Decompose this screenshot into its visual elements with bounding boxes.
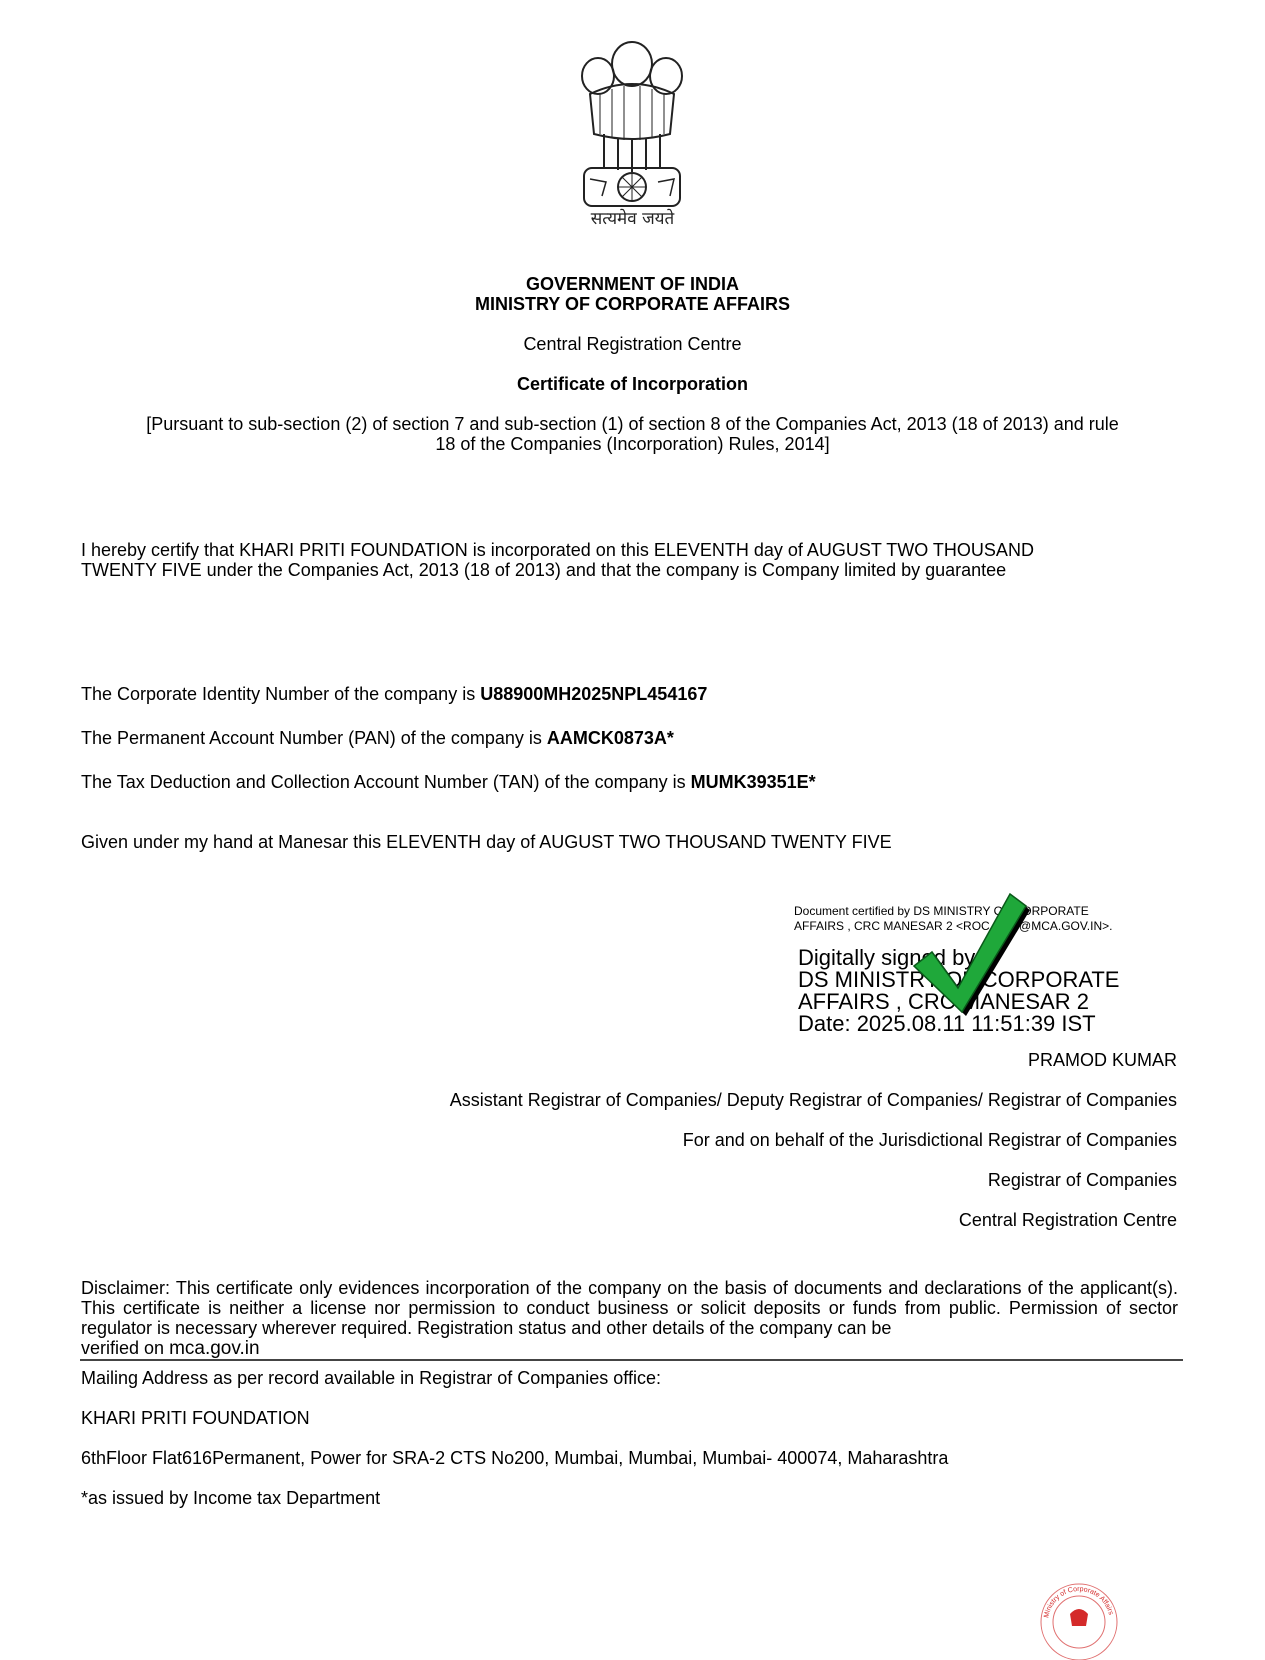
pursuant-line-1: [Pursuant to sub-section (2) of section …: [0, 414, 1265, 434]
pan-tan-footnote: *as issued by Income tax Department: [81, 1488, 1191, 1508]
certification-line-2: TWENTY FIVE under the Companies Act, 201…: [81, 560, 1191, 580]
emblem-motto: सत्यमेव जयते: [0, 206, 1265, 229]
header-centre: Central Registration Centre: [0, 334, 1265, 354]
signatory-office: Registrar of Companies: [988, 1170, 1177, 1191]
tan-label: The Tax Deduction and Collection Account…: [81, 772, 691, 792]
signatory-designation: Assistant Registrar of Companies/ Deputy…: [450, 1090, 1177, 1111]
signatory-behalf: For and on behalf of the Jurisdictional …: [683, 1130, 1177, 1151]
cin-statement: The Corporate Identity Number of the com…: [81, 684, 1191, 704]
verified-prefix: verified on: [81, 1338, 169, 1358]
signature-valid-check-icon[interactable]: [910, 888, 1030, 1018]
mailing-address: 6thFloor Flat616Permanent, Power for SRA…: [81, 1448, 1191, 1468]
pan-statement: The Permanent Account Number (PAN) of th…: [81, 728, 1191, 748]
certificate-title: Certificate of Incorporation: [0, 374, 1265, 394]
pan-value: AAMCK0873A*: [547, 728, 674, 748]
state-emblem-icon: [570, 34, 694, 228]
tan-value: MUMK39351E*: [691, 772, 816, 792]
header-ministry: MINISTRY OF CORPORATE AFFAIRS: [0, 294, 1265, 314]
header-government: GOVERNMENT OF INDIA: [0, 274, 1265, 294]
disclaimer: Disclaimer: This certificate only eviden…: [81, 1278, 1178, 1359]
cin-value: U88900MH2025NPL454167: [480, 684, 707, 704]
divider: [80, 1359, 1183, 1361]
mailing-company: KHARI PRITI FOUNDATION: [81, 1408, 1191, 1428]
pursuant-line-2: 18 of the Companies (Incorporation) Rule…: [0, 434, 1265, 454]
tan-statement: The Tax Deduction and Collection Account…: [81, 772, 1191, 792]
cin-label: The Corporate Identity Number of the com…: [81, 684, 480, 704]
mca-seal-icon: Ministry of Corporate Affairs: [1038, 1578, 1120, 1660]
mca-link[interactable]: mca.gov.in: [169, 1338, 259, 1359]
certification-line-1: I hereby certify that KHARI PRITI FOUNDA…: [81, 540, 1191, 560]
pan-label: The Permanent Account Number (PAN) of th…: [81, 728, 547, 748]
given-under-statement: Given under my hand at Manesar this ELEV…: [81, 832, 1191, 852]
signatory-name: PRAMOD KUMAR: [1028, 1050, 1177, 1071]
signatory-centre: Central Registration Centre: [959, 1210, 1177, 1231]
mailing-heading: Mailing Address as per record available …: [81, 1368, 1191, 1388]
disclaimer-text: Disclaimer: This certificate only eviden…: [81, 1278, 1178, 1338]
